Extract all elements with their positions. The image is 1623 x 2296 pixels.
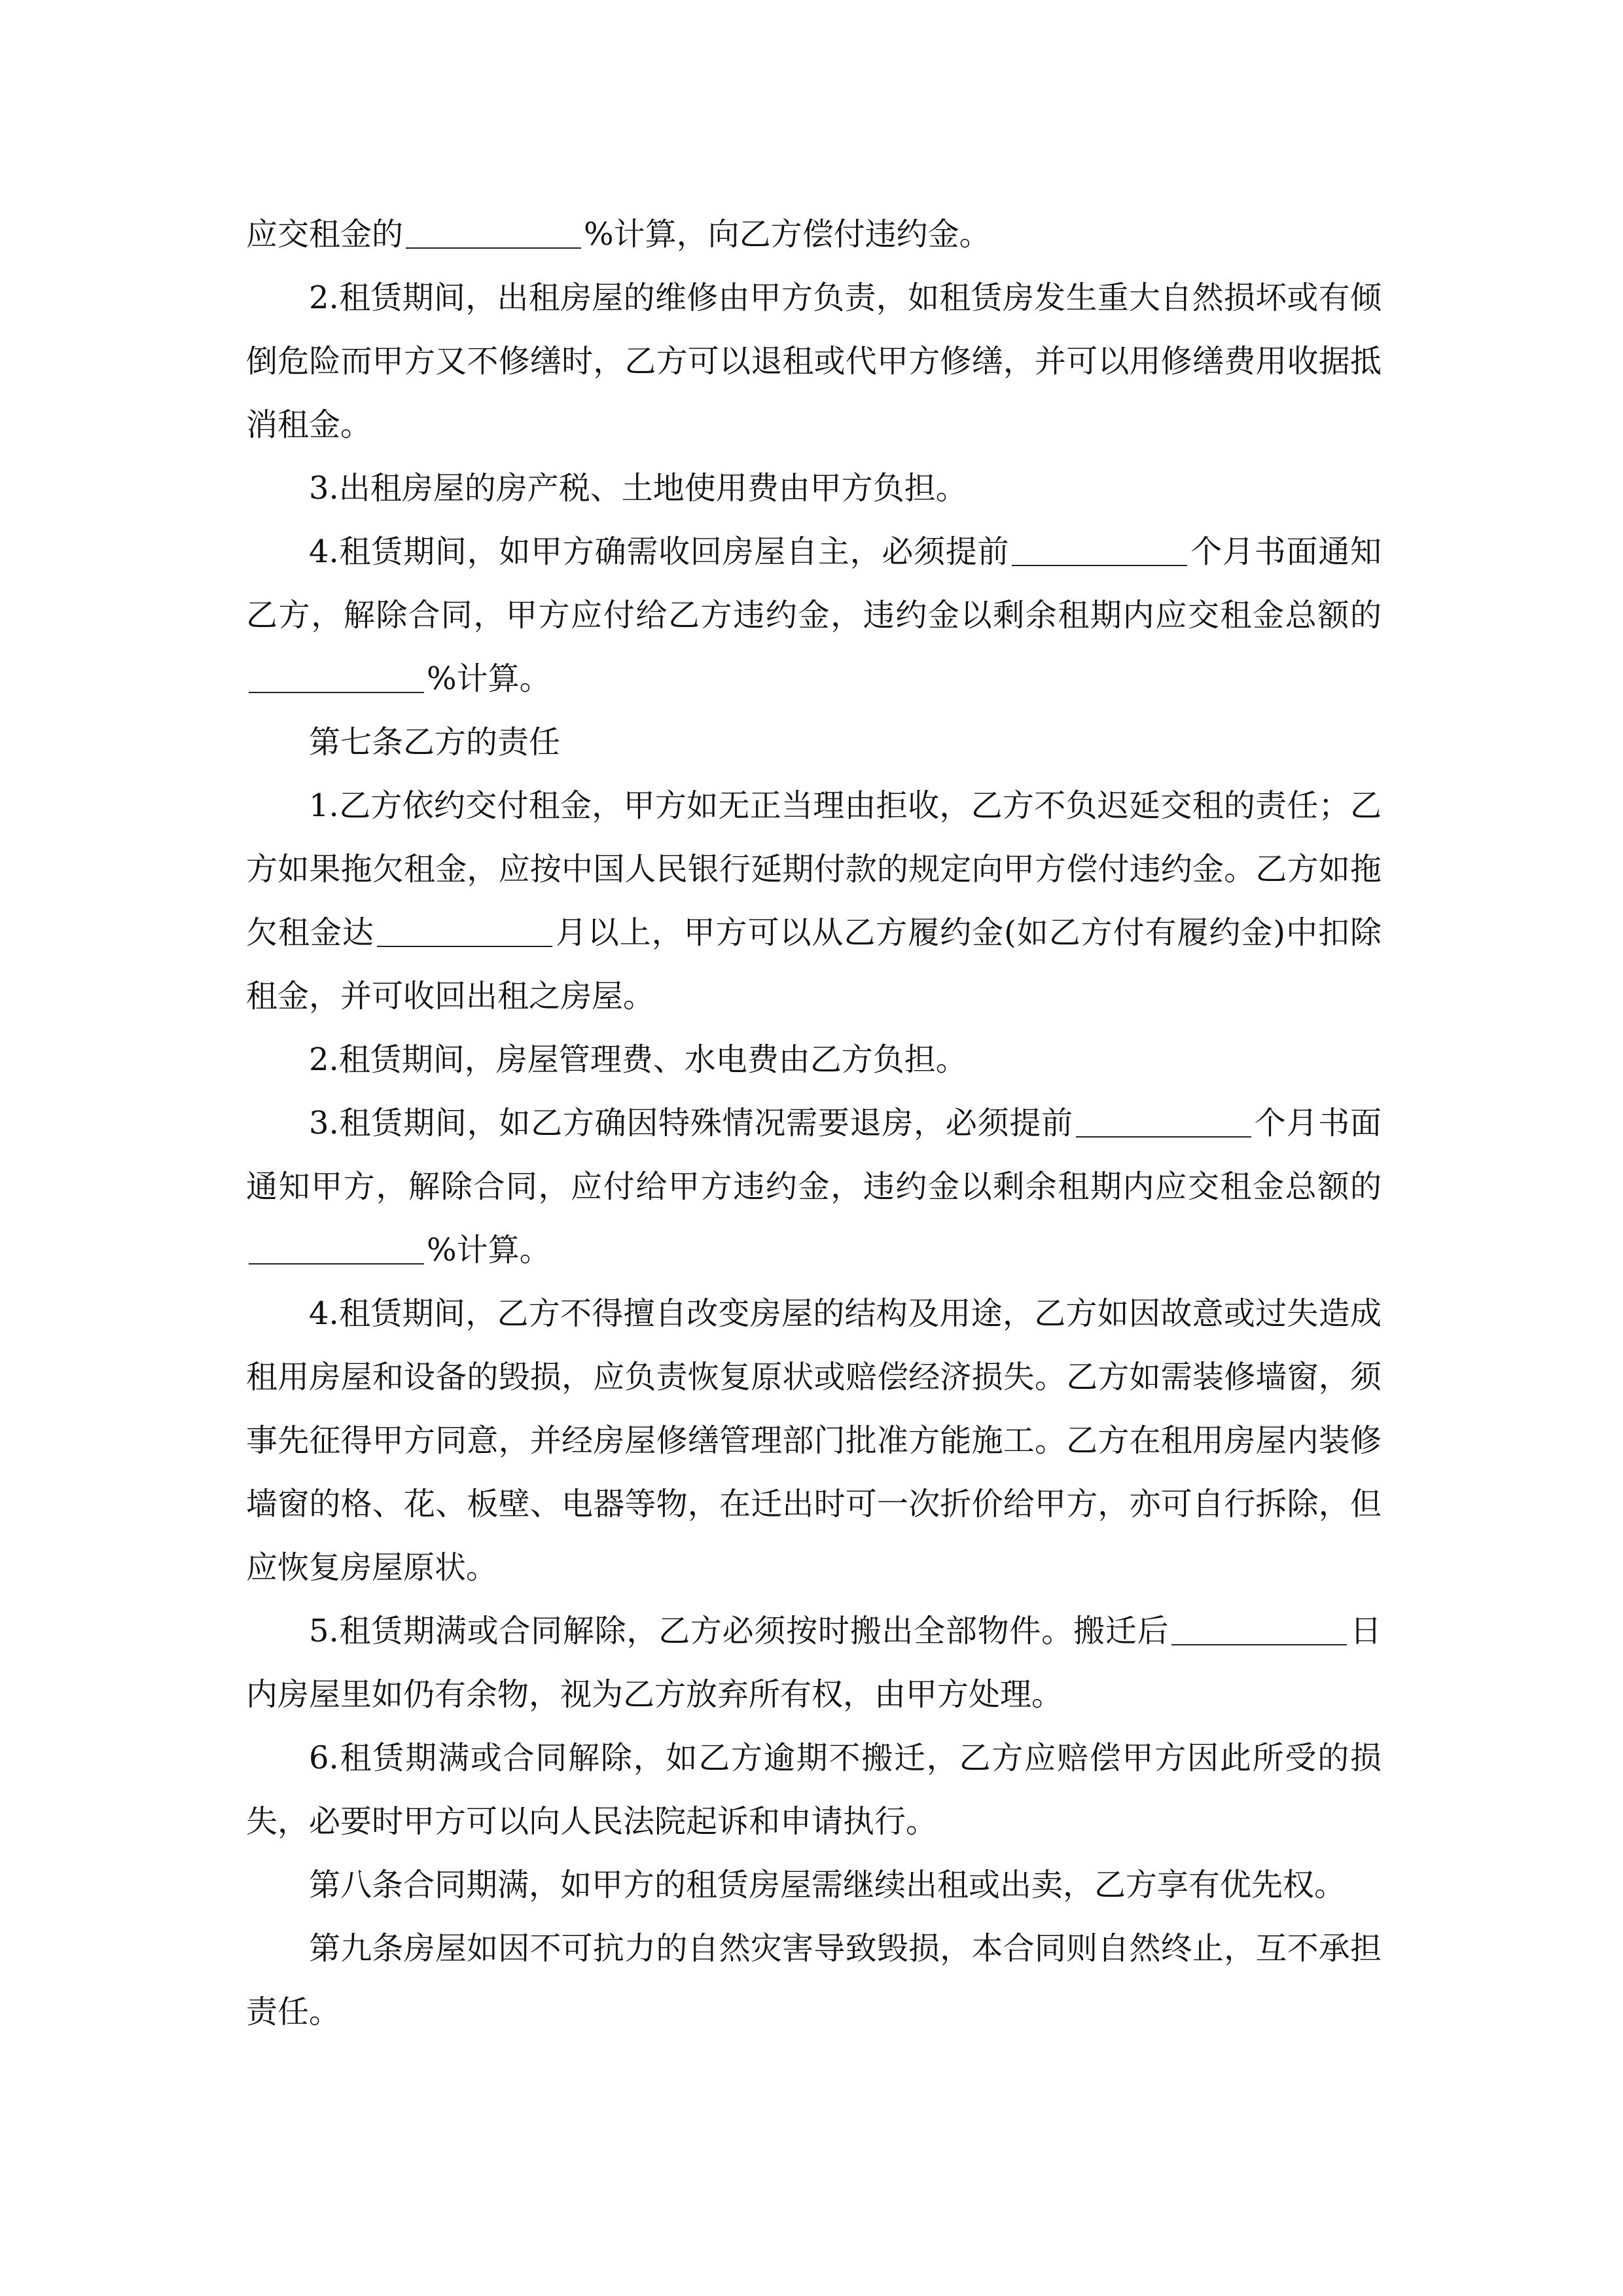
text: 2.租赁期间，房屋管理费、水电费由乙方负担。 (309, 1041, 967, 1078)
fill-in-blank[interactable] (1171, 1644, 1347, 1645)
text: 3.租赁期间，如乙方确因特殊情况需要退房，必须提前 (309, 1105, 1073, 1141)
fill-in-blank[interactable] (406, 247, 581, 249)
section-heading-article-7: 第七条乙方的责任 (246, 711, 1382, 774)
paragraph-article-9: 第九条房屋如因不可抗力的自然灾害导致毁损，本合同则自然终止，互不承担责任。 (246, 1917, 1382, 2044)
text: %计算。 (427, 1232, 551, 1268)
text: %计算，向乙方偿付违约金。 (584, 216, 991, 253)
text: 3.出租房屋的房产税、土地使用费由甲方负担。 (309, 470, 967, 507)
fill-in-blank[interactable] (249, 1263, 424, 1265)
paragraph-article-8: 第八条合同期满，如甲方的租赁房屋需继续出租或出卖，乙方享有优先权。 (246, 1854, 1382, 1917)
fill-in-blank[interactable] (249, 692, 424, 693)
paragraph-clause-7-6: 6.租赁期满或合同解除，如乙方逾期不搬迁，乙方应赔偿甲方因此所受的损失，必要时甲… (246, 1727, 1382, 1854)
paragraph-clause-6-4: 4.租赁期间，如甲方确需收回房屋自主，必须提前个月书面通知乙方，解除合同，甲方应… (246, 520, 1382, 711)
paragraph-clause-7-5: 5.租赁期满或合同解除，乙方必须按时搬出全部物件。搬迁后日内房屋里如仍有余物，视… (246, 1600, 1382, 1727)
paragraph-clause-6-3: 3.出租房屋的房产税、土地使用费由甲方负担。 (246, 457, 1382, 520)
text: %计算。 (427, 660, 551, 697)
text: 2.租赁期间，出租房屋的维修由甲方负责，如租赁房发生重大自然损坏或有倾倒危险而甲… (246, 279, 1382, 443)
text: 4.租赁期间，如甲方确需收回房屋自主，必须提前 (309, 533, 1009, 570)
text: 应交租金的 (246, 216, 403, 253)
paragraph-clause-7-2: 2.租赁期间，房屋管理费、水电费由乙方负担。 (246, 1028, 1382, 1092)
fill-in-blank[interactable] (377, 946, 552, 947)
fill-in-blank[interactable] (1012, 565, 1187, 566)
paragraph-clause-7-1: 1.乙方依约交付租金，甲方如无正当理由拒收，乙方不负迟延交租的责任；乙方如果拖欠… (246, 774, 1382, 1028)
heading-text: 第七条乙方的责任 (309, 724, 560, 761)
fill-in-blank[interactable] (1076, 1136, 1251, 1138)
text: 第八条合同期满，如甲方的租赁房屋需继续出租或出卖，乙方享有优先权。 (309, 1867, 1346, 1903)
text: 5.租赁期满或合同解除，乙方必须按时搬出全部物件。搬迁后 (309, 1613, 1169, 1649)
paragraph-clause-7-3: 3.租赁期间，如乙方确因特殊情况需要退房，必须提前个月书面通知甲方，解除合同，应… (246, 1092, 1382, 1282)
text: 6.租赁期满或合同解除，如乙方逾期不搬迁，乙方应赔偿甲方因此所受的损失，必要时甲… (246, 1740, 1382, 1840)
text: 月以上，甲方可以从乙方履约金(如乙方付有履约金)中扣除租金，并可收回出租之房屋。 (246, 914, 1382, 1014)
document-page: 应交租金的%计算，向乙方偿付违约金。 2.租赁期间，出租房屋的维修由甲方负责，如… (246, 203, 1382, 2044)
paragraph-clause-7-4: 4.租赁期间，乙方不得擅自改变房屋的结构及用途，乙方如因故意或过失造成租用房屋和… (246, 1282, 1382, 1600)
paragraph-clause-6-2: 2.租赁期间，出租房屋的维修由甲方负责，如租赁房发生重大自然损坏或有倾倒危险而甲… (246, 266, 1382, 457)
paragraph-penalty-continuation: 应交租金的%计算，向乙方偿付违约金。 (246, 203, 1382, 266)
text: 4.租赁期间，乙方不得擅自改变房屋的结构及用途，乙方如因故意或过失造成租用房屋和… (246, 1295, 1382, 1586)
text: 第九条房屋如因不可抗力的自然灾害导致毁损，本合同则自然终止，互不承担责任。 (246, 1930, 1382, 2030)
